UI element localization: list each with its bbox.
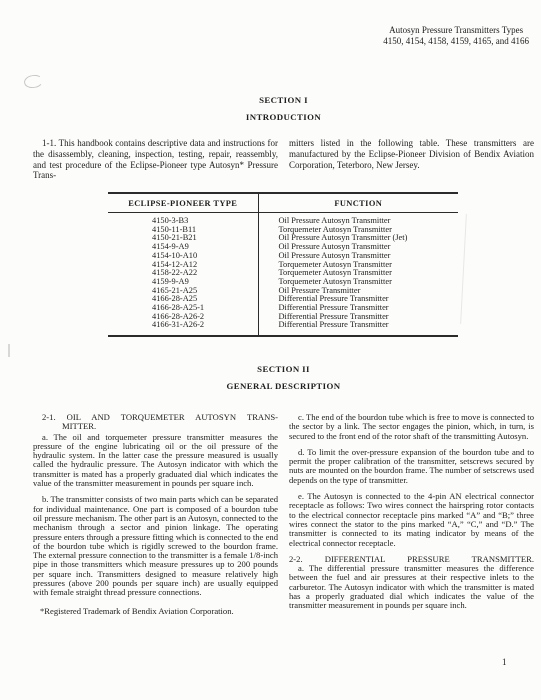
header-function: FUNCTION xyxy=(258,193,458,213)
section2-title: SECTION II xyxy=(33,364,534,374)
table-row: 4166-31-A26-2Differential Pressure Trans… xyxy=(108,321,458,336)
type-function-table: ECLIPSE-PIONEER TYPE FUNCTION 4150-3-B3O… xyxy=(108,192,458,337)
paragraph-2-1-d: d. To limit the over-pressure expansion … xyxy=(289,448,534,485)
pencil-mark-icon xyxy=(23,74,44,90)
page-number: 1 xyxy=(502,657,507,667)
cell-type: 4166-31-A26-2 xyxy=(108,321,258,336)
header-type: ECLIPSE-PIONEER TYPE xyxy=(108,193,258,213)
pencil-mark-icon xyxy=(8,344,10,357)
doc-title-line1: Autosyn Pressure Transmitters Types xyxy=(383,25,529,36)
section2-columns: 2-1. OIL AND TORQUEMETER AUTOSYN TRANS- … xyxy=(33,413,534,618)
section1-subtitle: INTRODUCTION xyxy=(33,112,534,122)
trademark-footnote: *Registered Trademark of Bendix Aviation… xyxy=(33,607,278,616)
table-row: 4150-3-B3Oil Pressure Autosyn Transmitte… xyxy=(108,213,458,226)
doc-title-line2: 4150, 4154, 4158, 4159, 4165, and 4166 xyxy=(383,36,529,47)
doc-header: Autosyn Pressure Transmitters Types 4150… xyxy=(383,25,529,47)
paragraph-2-1-b: b. The transmitter consists of two main … xyxy=(33,495,278,597)
intro-right-paragraph: mitters listed in the following table. T… xyxy=(289,138,534,170)
cell-type: 4150-3-B3 xyxy=(108,213,258,226)
cell-function: Oil Pressure Autosyn Transmitter xyxy=(258,213,458,226)
section1-title: SECTION I xyxy=(33,95,534,105)
table-header-row: ECLIPSE-PIONEER TYPE FUNCTION xyxy=(108,193,458,213)
cell-function: Differential Pressure Transmitter xyxy=(258,321,458,336)
paragraph-2-1-c: c. The end of the bourdon tube which is … xyxy=(289,413,534,441)
intro-left-paragraph: 1-1. This handbook contains descriptive … xyxy=(33,138,278,181)
paragraph-2-2-a: a. The differential pressure transmitter… xyxy=(289,564,534,610)
paragraph-2-1-a: a. The oil and torquemeter pressure tran… xyxy=(33,433,278,489)
scan-artifact xyxy=(460,214,467,324)
paragraph-2-1-e: e. The Autosyn is connected to the 4-pin… xyxy=(289,492,534,548)
document-page: Autosyn Pressure Transmitters Types 4150… xyxy=(0,0,541,700)
intro-columns: 1-1. This handbook contains descriptive … xyxy=(33,138,534,181)
heading-2-1-line2: MITTER. xyxy=(33,422,278,431)
section2-subtitle: GENERAL DESCRIPTION xyxy=(33,381,534,391)
